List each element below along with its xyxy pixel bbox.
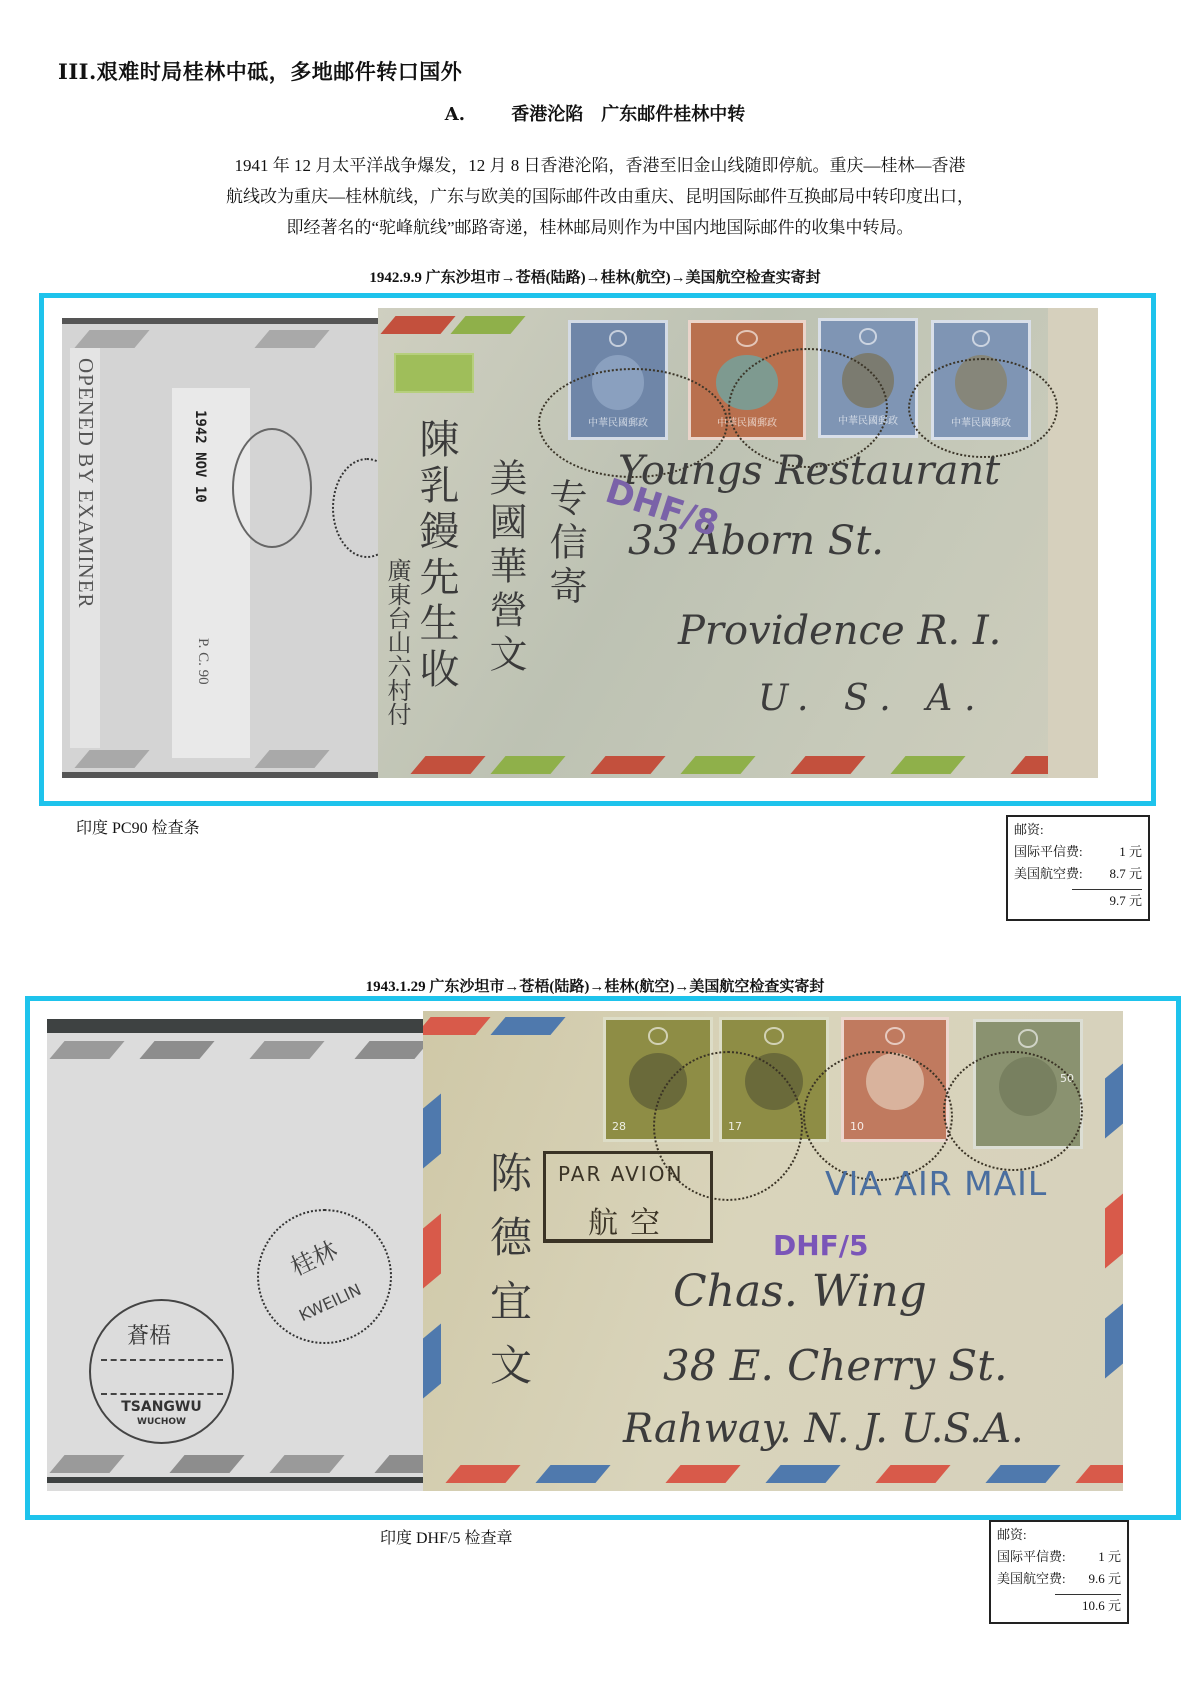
address-line: U. S. A.	[758, 678, 988, 719]
cover-1-front: 中華民國郵政 中華民國郵政 中華民國郵政 中華民國郵政 Youngs Resta…	[378, 308, 1098, 778]
postmark	[908, 358, 1058, 458]
subsection-text: 香港沦陷 广东邮件桂林中转	[511, 104, 745, 125]
via-air-mail: VIA AIR MAIL	[825, 1164, 1047, 1203]
cover-1-postage-box: 邮资: 国际平信费: 1 元 美国航空费: 8.7 元 9.7 元	[1006, 815, 1150, 921]
sender-cjk: 廣東台山六村付	[380, 558, 415, 726]
postmark-dotted	[332, 458, 382, 558]
censor-code: P. C. 90	[194, 638, 211, 685]
addressee-cjk: 陳乳鏝先生收	[408, 418, 465, 694]
section-title: III.艰难时局桂林中砥，多地邮件转口国外	[58, 56, 462, 86]
address-line: Youngs Restaurant	[618, 448, 1000, 494]
postage-heading: 邮资:	[997, 1524, 1121, 1546]
cover-1-frame: OPENED BY EXAMINER 1942 NOV 10 P. C. 90 …	[39, 293, 1156, 806]
postage-heading: 邮资:	[1014, 819, 1142, 841]
postage-item: 美国航空费: 8.7 元	[1014, 863, 1142, 885]
par-avion-box: PAR AVION 航空	[543, 1151, 713, 1243]
cover-2-front: 28 17 10 50 PAR AVION 航空 VIA AIR MAIL DH…	[423, 1011, 1123, 1491]
censor-label-text: OPENED BY EXAMINER	[72, 358, 98, 738]
postage-item: 美国航空费: 9.6 元	[997, 1568, 1121, 1590]
intro-line: 航线改为重庆—桂林航线，广东与欧美的国际邮件改由重庆、昆明国际邮件互换邮局中转印…	[130, 181, 1070, 212]
cover-2-note: 印度 DHF/5 检查章	[380, 1525, 512, 1548]
cover-2-back: 桂林 KWEILIN 蒼梧 TSANGWU WUCHOW	[47, 1019, 427, 1491]
cover-2-frame: 桂林 KWEILIN 蒼梧 TSANGWU WUCHOW 28 17	[25, 996, 1181, 1520]
cover-1-note: 印度 PC90 检查条	[76, 815, 200, 838]
address-line: Providence R. I.	[678, 608, 1001, 654]
intro-paragraph: 1941 年 12 月太平洋战争爆发，12 月 8 日香港沦陷，香港至旧金山线随…	[130, 150, 1070, 243]
postmark	[232, 428, 312, 548]
subsection-label: A.	[445, 104, 465, 125]
air-label	[394, 353, 474, 393]
address-line: 38 E. Cherry St.	[663, 1341, 1007, 1390]
sender-cjk: 陈德宜文	[478, 1151, 538, 1407]
postmark	[803, 1051, 953, 1181]
cover-1-caption: 1942.9.9 广东沙坦市→苍梧(陆路)→桂林(航空)→美国航空检查实寄封	[0, 266, 1190, 287]
censor-mark: DHF/5	[773, 1229, 869, 1262]
postage-total: 9.7 元	[1014, 890, 1142, 912]
intro-line: 1941 年 12 月太平洋战争爆发，12 月 8 日香港沦陷，香港至旧金山线随…	[130, 150, 1070, 181]
sender-cjk: 专信寄	[538, 478, 593, 610]
censor-date-stamp: 1942 NOV 10	[192, 410, 208, 503]
postmark-tsangwu: 蒼梧 TSANGWU WUCHOW	[89, 1299, 234, 1444]
postmark	[943, 1051, 1083, 1171]
postage-total: 10.6 元	[997, 1595, 1121, 1617]
postage-item: 国际平信费: 1 元	[1014, 841, 1142, 863]
censor-strip	[172, 388, 250, 758]
subsection-title: A. 香港沦陷 广东邮件桂林中转	[0, 100, 1190, 126]
address-line: Chas. Wing	[673, 1266, 927, 1317]
cover-1-back: OPENED BY EXAMINER 1942 NOV 10 P. C. 90	[62, 318, 382, 778]
cover-2-postage-box: 邮资: 国际平信费: 1 元 美国航空费: 9.6 元 10.6 元	[989, 1520, 1129, 1624]
postage-item: 国际平信费: 1 元	[997, 1546, 1121, 1568]
intro-line: 即经著名的“驼峰航线”邮路寄递，桂林邮局则作为中国内地国际邮件的收集中转局。	[130, 212, 1070, 243]
address-line: Rahway. N. J. U.S.A.	[623, 1406, 1024, 1452]
cover-2-caption: 1943.1.29 广东沙坦市→苍梧(陆路)→桂林(航空)→美国航空检查实寄封	[0, 975, 1190, 996]
sender-cjk: 美國華營文	[478, 458, 533, 678]
postmark-kweilin: 桂林 KWEILIN	[257, 1209, 392, 1344]
